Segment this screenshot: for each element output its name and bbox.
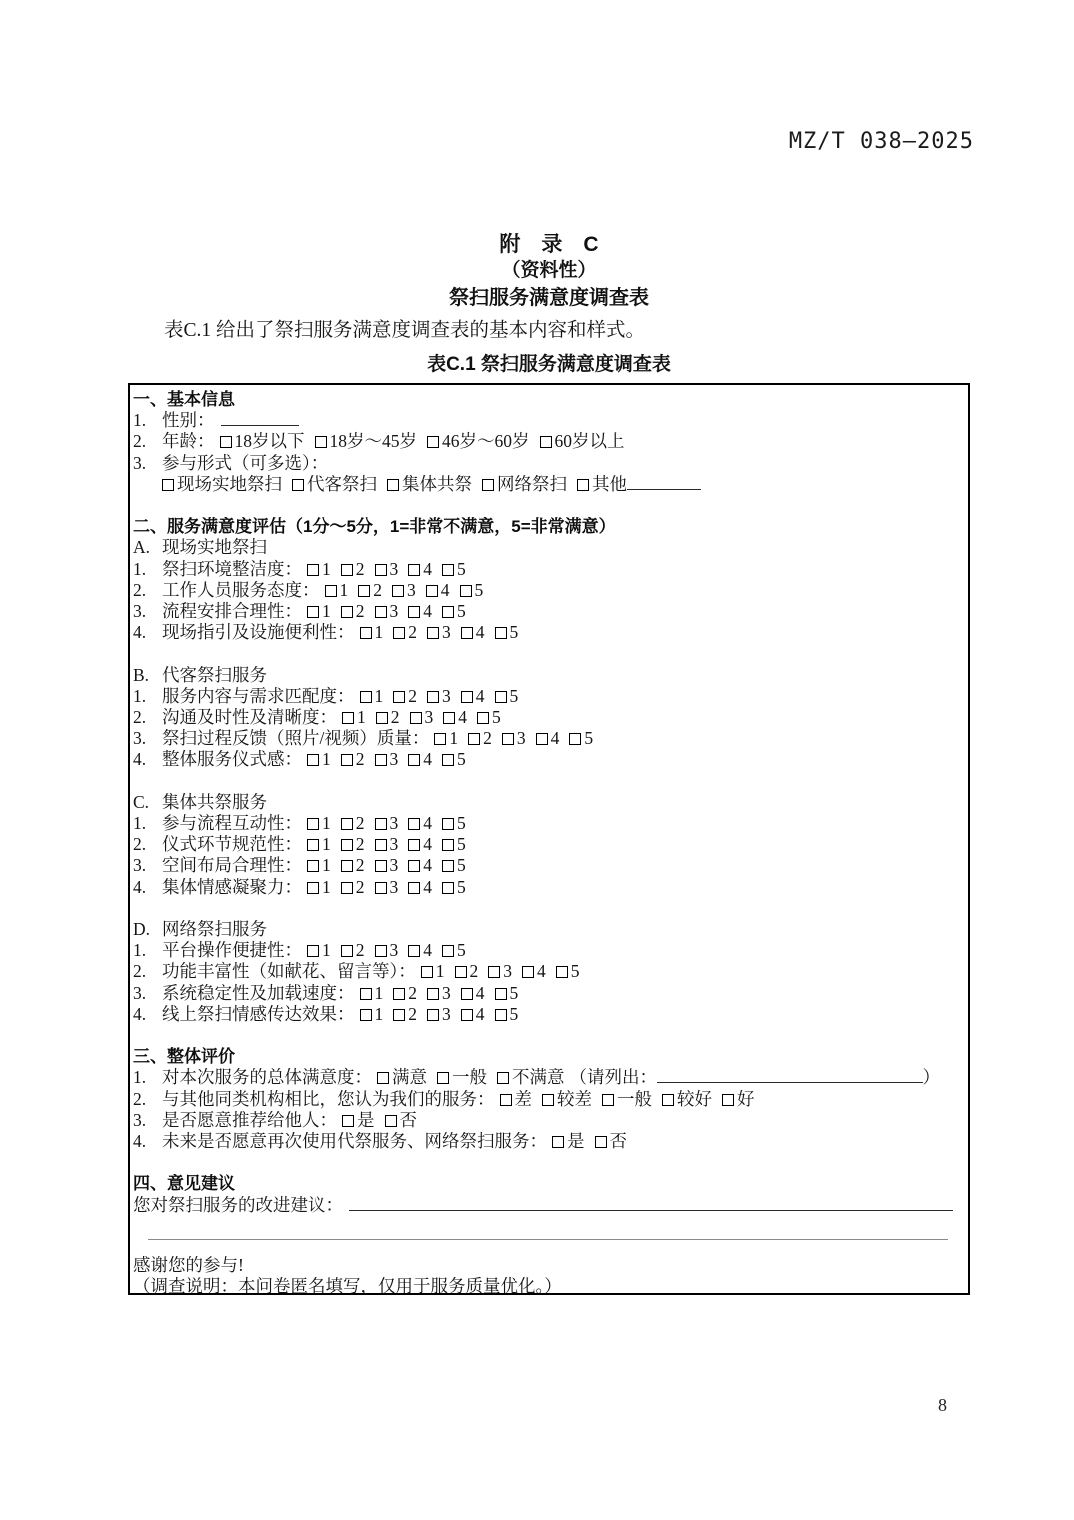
checkbox-option: 1 bbox=[307, 601, 331, 622]
checkbox-icon bbox=[342, 1115, 354, 1127]
checkbox-label: 5 bbox=[457, 813, 466, 834]
form-row: D.网络祭扫服务 bbox=[133, 919, 962, 940]
checkbox-label: 4 bbox=[423, 877, 432, 898]
checkbox-icon bbox=[408, 754, 420, 766]
checkbox-icon bbox=[427, 691, 439, 703]
checkbox-icon bbox=[307, 860, 319, 872]
checkbox-option: 1 bbox=[360, 686, 384, 707]
blank-underline bbox=[627, 477, 701, 490]
section-header: 三、整体评价 bbox=[133, 1046, 962, 1067]
checkbox-option: 5 bbox=[442, 749, 466, 770]
checkbox-option: 1 bbox=[434, 728, 458, 749]
label-text: 现场指引及设施便利性： bbox=[162, 622, 355, 643]
checkbox-icon bbox=[569, 733, 581, 745]
checkbox-option: 5 bbox=[477, 707, 501, 728]
checkbox-option: 4 bbox=[408, 834, 432, 855]
checkbox-option: 5 bbox=[442, 559, 466, 580]
checkbox-option: 3 bbox=[502, 728, 526, 749]
checkbox-icon bbox=[162, 479, 174, 491]
checkbox-option: 5 bbox=[495, 686, 519, 707]
checkbox-label: 1 bbox=[322, 877, 331, 898]
blank-underline bbox=[148, 1227, 948, 1240]
checkbox-option: 不满意 bbox=[497, 1067, 565, 1088]
checkbox-label: 18岁～45岁 bbox=[330, 431, 418, 452]
form-row: 3.空间布局合理性：12345 bbox=[133, 855, 962, 876]
checkbox-icon bbox=[482, 479, 494, 491]
checkbox-option: 4 bbox=[443, 707, 467, 728]
form-row: 4.线上祭扫情感传达效果：12345 bbox=[133, 1004, 962, 1025]
checkbox-icon bbox=[307, 945, 319, 957]
checkbox-label: 2 bbox=[391, 707, 400, 728]
checkbox-option: 4 bbox=[408, 559, 432, 580]
label-text: 代客祭扫服务 bbox=[162, 665, 267, 686]
item-number: 1. bbox=[133, 410, 162, 431]
item-number: 2. bbox=[133, 961, 162, 982]
checkbox-label: 一般 bbox=[452, 1067, 487, 1088]
checkbox-icon bbox=[360, 988, 372, 1000]
checkbox-icon bbox=[387, 479, 399, 491]
checkbox-label: 1 bbox=[449, 728, 458, 749]
checkbox-option: 1 bbox=[307, 877, 331, 898]
checkbox-option: 2 bbox=[468, 728, 492, 749]
checkbox-option: 2 bbox=[341, 877, 365, 898]
label-text: 集体共祭服务 bbox=[162, 792, 267, 813]
checkbox-label: 3 bbox=[503, 961, 512, 982]
checkbox-option: 4 bbox=[522, 961, 546, 982]
label-text: 平台操作便捷性： bbox=[162, 940, 302, 961]
checkbox-icon bbox=[602, 1094, 614, 1106]
checkbox-icon bbox=[408, 564, 420, 576]
checkbox-label: 1 bbox=[340, 580, 349, 601]
checkbox-icon bbox=[220, 436, 232, 448]
checkbox-icon bbox=[358, 585, 370, 597]
spacer-row bbox=[133, 643, 962, 664]
checkbox-option: 5 bbox=[442, 855, 466, 876]
blank-underline bbox=[349, 1198, 953, 1211]
checkbox-label: 2 bbox=[356, 940, 365, 961]
checkbox-option: 较好 bbox=[662, 1089, 712, 1110]
item-number: B. bbox=[133, 665, 162, 686]
checkbox-option: 5 bbox=[442, 834, 466, 855]
label-text: 仪式环节规范性： bbox=[162, 834, 302, 855]
checkbox-label: 现场实地祭扫 bbox=[177, 474, 282, 495]
label-text: 是否愿意推荐给他人： bbox=[162, 1110, 337, 1131]
checkbox-option: 2 bbox=[341, 601, 365, 622]
checkbox-icon bbox=[442, 860, 454, 872]
checkbox-option: 1 bbox=[325, 580, 349, 601]
checkbox-label: 5 bbox=[510, 983, 519, 1004]
checkbox-option: 5 bbox=[460, 580, 484, 601]
checkbox-icon bbox=[722, 1094, 734, 1106]
checkbox-icon bbox=[341, 606, 353, 618]
checkbox-label: 差 bbox=[515, 1089, 533, 1110]
form-row: 3.流程安排合理性：12345 bbox=[133, 601, 962, 622]
form-row: A.现场实地祭扫 bbox=[133, 537, 962, 558]
checkbox-label: 2 bbox=[408, 1004, 417, 1025]
label-text: 对本次服务的总体满意度： bbox=[162, 1067, 372, 1088]
checkbox-option: 网络祭扫 bbox=[482, 474, 567, 495]
checkbox-option: 一般 bbox=[437, 1067, 487, 1088]
checkbox-label: 3 bbox=[390, 749, 399, 770]
checkbox-label: 5 bbox=[510, 1004, 519, 1025]
checkbox-label: 满意 bbox=[392, 1067, 427, 1088]
checkbox-icon bbox=[408, 818, 420, 830]
checkbox-option: 代客祭扫 bbox=[292, 474, 377, 495]
intro-paragraph: 表C.1 给出了祭扫服务满意度调查表的基本内容和样式。 bbox=[164, 314, 645, 342]
checkbox-option: 2 bbox=[393, 686, 417, 707]
checkbox-icon bbox=[426, 585, 438, 597]
item-number: 2. bbox=[133, 431, 162, 452]
checkbox-icon bbox=[542, 1094, 554, 1106]
checkbox-icon bbox=[443, 712, 455, 724]
checkbox-icon bbox=[385, 1115, 397, 1127]
checkbox-label: 不满意 bbox=[512, 1067, 565, 1088]
label-text: 功能丰富性（如献花、留言等）： bbox=[162, 961, 416, 982]
checkbox-icon bbox=[408, 839, 420, 851]
checkbox-icon bbox=[497, 1072, 509, 1084]
checkbox-option: 1 bbox=[360, 622, 384, 643]
checkbox-label: 4 bbox=[476, 1004, 485, 1025]
form-row: 感谢您的参与! bbox=[133, 1255, 962, 1276]
checkbox-icon bbox=[307, 882, 319, 894]
table-caption: 表C.1 祭扫服务满意度调查表 bbox=[128, 349, 970, 376]
checkbox-label: 5 bbox=[584, 728, 593, 749]
label-text: 现场实地祭扫 bbox=[162, 537, 267, 558]
checkbox-label: 1 bbox=[322, 813, 331, 834]
checkbox-label: 46岁～60岁 bbox=[442, 431, 530, 452]
checkbox-label: 4 bbox=[458, 707, 467, 728]
spacer-row bbox=[133, 495, 962, 516]
checkbox-icon bbox=[375, 606, 387, 618]
checkbox-label: 4 bbox=[476, 983, 485, 1004]
checkbox-icon bbox=[421, 966, 433, 978]
checkbox-label: 2 bbox=[356, 749, 365, 770]
checkbox-label: 3 bbox=[442, 983, 451, 1004]
item-number: 3. bbox=[133, 728, 162, 749]
checkbox-label: 1 bbox=[375, 686, 384, 707]
checkbox-option: 2 bbox=[455, 961, 479, 982]
checkbox-label: 2 bbox=[356, 813, 365, 834]
checkbox-option: 4 bbox=[461, 622, 485, 643]
checkbox-label: 4 bbox=[441, 580, 450, 601]
checkbox-label: 5 bbox=[457, 940, 466, 961]
checkbox-label: 2 bbox=[373, 580, 382, 601]
checkbox-icon bbox=[461, 691, 473, 703]
label-text: 您对祭扫服务的改进建议： bbox=[133, 1195, 343, 1216]
checkbox-icon bbox=[375, 860, 387, 872]
checkbox-label: 4 bbox=[423, 559, 432, 580]
label-text: 空间布局合理性： bbox=[162, 855, 302, 876]
checkbox-icon bbox=[341, 882, 353, 894]
checkbox-label: 1 bbox=[375, 1004, 384, 1025]
label-text: （调查说明：本问卷匿名填写，仅用于服务质量优化。） bbox=[133, 1276, 562, 1295]
checkbox-icon bbox=[427, 627, 439, 639]
label-text: 感谢您的参与! bbox=[133, 1255, 244, 1276]
checkbox-option: 3 bbox=[375, 559, 399, 580]
label-text: 一、基本信息 bbox=[133, 389, 235, 410]
checkbox-icon bbox=[360, 691, 372, 703]
checkbox-option: 5 bbox=[495, 983, 519, 1004]
checkbox-option: 3 bbox=[427, 983, 451, 1004]
checkbox-label: 2 bbox=[356, 877, 365, 898]
checkbox-icon bbox=[577, 479, 589, 491]
checkbox-option: 4 bbox=[461, 1004, 485, 1025]
checkbox-option: 4 bbox=[408, 749, 432, 770]
checkbox-icon bbox=[360, 1009, 372, 1021]
checkbox-icon bbox=[427, 988, 439, 1000]
checkbox-option: 满意 bbox=[377, 1067, 427, 1088]
checkbox-icon bbox=[360, 627, 372, 639]
checkbox-icon bbox=[442, 818, 454, 830]
item-number: 3. bbox=[133, 453, 162, 474]
form-row: 4.现场指引及设施便利性：12345 bbox=[133, 622, 962, 643]
page-number: 8 bbox=[938, 1395, 947, 1416]
checkbox-label: 否 bbox=[400, 1110, 418, 1131]
item-number: 2. bbox=[133, 1089, 162, 1110]
checkbox-label: 3 bbox=[442, 622, 451, 643]
checkbox-label: 5 bbox=[510, 686, 519, 707]
label-text: 四、意见建议 bbox=[133, 1173, 235, 1194]
checkbox-icon bbox=[455, 966, 467, 978]
checkbox-label: 4 bbox=[423, 601, 432, 622]
checkbox-option: 1 bbox=[421, 961, 445, 982]
checkbox-option: 5 bbox=[442, 877, 466, 898]
checkbox-option: 2 bbox=[376, 707, 400, 728]
checkbox-label: 5 bbox=[457, 601, 466, 622]
checkbox-icon bbox=[307, 564, 319, 576]
item-number: 2. bbox=[133, 580, 162, 601]
checkbox-label: 18岁以下 bbox=[235, 431, 305, 452]
checkbox-option: 1 bbox=[307, 559, 331, 580]
checkbox-label: 3 bbox=[390, 834, 399, 855]
form-row: 1.对本次服务的总体满意度：满意一般不满意（请列出：） bbox=[133, 1067, 962, 1088]
item-number: C. bbox=[133, 792, 162, 813]
checkbox-label: 4 bbox=[423, 855, 432, 876]
checkbox-option: 1 bbox=[360, 983, 384, 1004]
checkbox-icon bbox=[341, 839, 353, 851]
form-row: 您对祭扫服务的改进建议： bbox=[133, 1195, 962, 1216]
checkbox-option: 4 bbox=[461, 983, 485, 1004]
checkbox-option: 3 bbox=[410, 707, 434, 728]
form-row: 2.与其他同类机构相比，您认为我们的服务：差较差一般较好好 bbox=[133, 1089, 962, 1110]
label-text: 二、服务满意度评估（1分～5分，1=非常不满意，5=非常满意） bbox=[133, 516, 616, 537]
checkbox-label: 一般 bbox=[617, 1089, 652, 1110]
checkbox-option: 现场实地祭扫 bbox=[162, 474, 282, 495]
form-row: B.代客祭扫服务 bbox=[133, 665, 962, 686]
checkbox-icon bbox=[540, 436, 552, 448]
spacer-row bbox=[133, 1025, 962, 1046]
spacer-row bbox=[133, 1244, 962, 1255]
checkbox-option: 1 bbox=[342, 707, 366, 728]
checkbox-option: 2 bbox=[393, 622, 417, 643]
checkbox-label: 3 bbox=[425, 707, 434, 728]
checkbox-option: 4 bbox=[536, 728, 560, 749]
appendix-heading: 附 录 C bbox=[128, 228, 970, 258]
checkbox-icon bbox=[442, 606, 454, 618]
checkbox-label: 3 bbox=[390, 877, 399, 898]
checkbox-label: 2 bbox=[408, 983, 417, 1004]
checkbox-icon bbox=[477, 712, 489, 724]
checkbox-option: 3 bbox=[375, 834, 399, 855]
form-row: 2.沟通及时性及清晰度：12345 bbox=[133, 707, 962, 728]
form-row: 4.整体服务仪式感：12345 bbox=[133, 749, 962, 770]
item-number: 1. bbox=[133, 813, 162, 834]
item-number: 4. bbox=[133, 1004, 162, 1025]
checkbox-icon bbox=[536, 733, 548, 745]
checkbox-label: 3 bbox=[390, 601, 399, 622]
checkbox-label: 4 bbox=[476, 686, 485, 707]
item-number: 4. bbox=[133, 1131, 162, 1152]
checkbox-option: 5 bbox=[442, 601, 466, 622]
checkbox-label: 是 bbox=[357, 1110, 375, 1131]
checkbox-icon bbox=[393, 691, 405, 703]
checkbox-icon bbox=[468, 733, 480, 745]
checkbox-option: 4 bbox=[408, 940, 432, 961]
checkbox-icon bbox=[341, 754, 353, 766]
item-number: 1. bbox=[133, 559, 162, 580]
checkbox-label: 1 bbox=[322, 749, 331, 770]
checkbox-option: 4 bbox=[408, 855, 432, 876]
checkbox-label: 4 bbox=[423, 834, 432, 855]
label-text: 祭扫环境整洁度： bbox=[162, 559, 302, 580]
checkbox-label: 1 bbox=[322, 855, 331, 876]
appendix-subheading: （资料性） bbox=[128, 255, 970, 282]
checkbox-option: 好 bbox=[722, 1089, 755, 1110]
checkbox-icon bbox=[292, 479, 304, 491]
item-number: 2. bbox=[133, 834, 162, 855]
form-row: 1.祭扫环境整洁度：12345 bbox=[133, 559, 962, 580]
checkbox-icon bbox=[307, 606, 319, 618]
checkbox-option: 5 bbox=[556, 961, 580, 982]
checkbox-icon bbox=[495, 627, 507, 639]
checkbox-icon bbox=[522, 966, 534, 978]
checkbox-icon bbox=[595, 1136, 607, 1148]
checkbox-label: 4 bbox=[476, 622, 485, 643]
checkbox-icon bbox=[375, 818, 387, 830]
checkbox-icon bbox=[408, 882, 420, 894]
form-row: 1.性别： bbox=[133, 410, 962, 431]
checkbox-option: 3 bbox=[375, 749, 399, 770]
checkbox-icon bbox=[307, 818, 319, 830]
form-row: 3.参与形式（可多选）： bbox=[133, 453, 962, 474]
checkbox-option: 3 bbox=[375, 855, 399, 876]
spacer-row bbox=[133, 1152, 962, 1173]
checkbox-option: 4 bbox=[408, 877, 432, 898]
checkbox-label: 2 bbox=[408, 686, 417, 707]
checkbox-icon bbox=[408, 606, 420, 618]
checkbox-icon bbox=[460, 585, 472, 597]
checkbox-icon bbox=[341, 945, 353, 957]
checkbox-option: 18岁～45岁 bbox=[315, 431, 418, 452]
checkbox-option: 1 bbox=[307, 834, 331, 855]
form-row: 2.工作人员服务态度：12345 bbox=[133, 580, 962, 601]
checkbox-icon bbox=[434, 733, 446, 745]
form-row: 1.服务内容与需求匹配度：12345 bbox=[133, 686, 962, 707]
checkbox-icon bbox=[375, 882, 387, 894]
checkbox-label: 4 bbox=[537, 961, 546, 982]
label-text: 服务内容与需求匹配度： bbox=[162, 686, 355, 707]
form-row: （调查说明：本问卷匿名填写，仅用于服务质量优化。） bbox=[133, 1276, 962, 1295]
label-text: 网络祭扫服务 bbox=[162, 919, 267, 940]
checkbox-icon bbox=[377, 1072, 389, 1084]
label-text: 未来是否愿意再次使用代祭服务、网络祭扫服务： bbox=[162, 1131, 547, 1152]
checkbox-label: 1 bbox=[322, 559, 331, 580]
form-row: 现场实地祭扫代客祭扫集体共祭网络祭扫其他 bbox=[133, 474, 962, 495]
checkbox-icon bbox=[341, 860, 353, 872]
checkbox-label: 5 bbox=[571, 961, 580, 982]
checkbox-label: 5 bbox=[510, 622, 519, 643]
checkbox-icon bbox=[437, 1072, 449, 1084]
checkbox-icon bbox=[442, 945, 454, 957]
blank-underline bbox=[221, 413, 299, 426]
section-header: 四、意见建议 bbox=[133, 1173, 962, 1194]
checkbox-icon bbox=[461, 988, 473, 1000]
checkbox-icon bbox=[408, 860, 420, 872]
checkbox-icon bbox=[307, 839, 319, 851]
form-row: 4.未来是否愿意再次使用代祭服务、网络祭扫服务：是否 bbox=[133, 1131, 962, 1152]
checkbox-icon bbox=[442, 754, 454, 766]
form-row bbox=[133, 1223, 962, 1244]
checkbox-option: 2 bbox=[341, 749, 365, 770]
checkbox-icon bbox=[442, 882, 454, 894]
checkbox-icon bbox=[393, 988, 405, 1000]
checkbox-option: 3 bbox=[427, 622, 451, 643]
checkbox-option: 2 bbox=[358, 580, 382, 601]
item-number: 1. bbox=[133, 1067, 162, 1088]
label-text: 祭扫过程反馈（照片/视频）质量： bbox=[162, 728, 429, 749]
label-text: 流程安排合理性： bbox=[162, 601, 302, 622]
label-text: 年龄： bbox=[162, 431, 215, 452]
form-row: C.集体共祭服务 bbox=[133, 792, 962, 813]
checkbox-label: 4 bbox=[423, 749, 432, 770]
label-text: 与其他同类机构相比，您认为我们的服务： bbox=[162, 1089, 495, 1110]
checkbox-icon bbox=[393, 1009, 405, 1021]
checkbox-label: 3 bbox=[442, 686, 451, 707]
spacer-row bbox=[133, 1216, 962, 1223]
checkbox-label: 代客祭扫 bbox=[307, 474, 377, 495]
form-row: 3.祭扫过程反馈（照片/视频）质量：12345 bbox=[133, 728, 962, 749]
checkbox-icon bbox=[662, 1094, 674, 1106]
checkbox-option: 3 bbox=[427, 686, 451, 707]
checkbox-label: 2 bbox=[356, 834, 365, 855]
checkbox-label: 其他 bbox=[592, 474, 627, 495]
checkbox-icon bbox=[315, 436, 327, 448]
checkbox-option: 4 bbox=[426, 580, 450, 601]
checkbox-label: 2 bbox=[408, 622, 417, 643]
checkbox-option: 较差 bbox=[542, 1089, 592, 1110]
item-number: 3. bbox=[133, 855, 162, 876]
checkbox-option: 1 bbox=[307, 749, 331, 770]
form-row: 2.仪式环节规范性：12345 bbox=[133, 834, 962, 855]
spacer-row bbox=[133, 771, 962, 792]
checkbox-option: 5 bbox=[495, 622, 519, 643]
appendix-title: 祭扫服务满意度调查表 bbox=[128, 281, 970, 310]
checkbox-icon bbox=[442, 564, 454, 576]
checkbox-icon bbox=[552, 1136, 564, 1148]
item-number: 2. bbox=[133, 707, 162, 728]
checkbox-label: 较好 bbox=[677, 1089, 712, 1110]
checkbox-icon bbox=[408, 945, 420, 957]
item-number: A. bbox=[133, 537, 162, 558]
checkbox-icon bbox=[427, 436, 439, 448]
checkbox-option: 2 bbox=[393, 1004, 417, 1025]
form-row: 4.集体情感凝聚力：12345 bbox=[133, 877, 962, 898]
item-number: 4. bbox=[133, 622, 162, 643]
label-text: 工作人员服务态度： bbox=[162, 580, 320, 601]
checkbox-icon bbox=[341, 818, 353, 830]
checkbox-label: 1 bbox=[322, 601, 331, 622]
checkbox-icon bbox=[410, 712, 422, 724]
